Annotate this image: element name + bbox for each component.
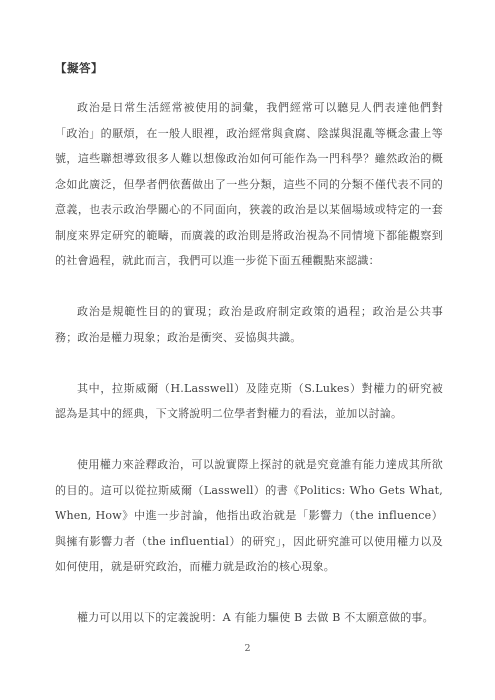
page-number: 2 [0,643,495,654]
document-page: 【擬答】 政治是日常生活經常被使用的詞彙，我們經常可以聽見人們表達他們對「政治」… [0,0,495,700]
answer-section-header: 【擬答】 [55,56,443,81]
paragraph-five-viewpoints: 政治是規範性目的的實現；政治是政府制定政策的過程；政治是公共事務；政治是權力現象… [55,299,443,350]
paragraph-power-definition: 權力可以用以下的定義說明：A 有能力驅使 B 去做 B 不太願意做的事。 [55,605,443,631]
document-content: 【擬答】 政治是日常生活經常被使用的詞彙，我們經常可以聽見人們表達他們對「政治」… [55,56,443,631]
paragraph-power-interpretation: 使用權力來詮釋政治，可以說實際上探討的就是究竟誰有能力達成其所欲的目的。這可以從… [55,452,443,580]
paragraph-lasswell-lukes: 其中，拉斯威爾（H.Lasswell）及陸克斯（S.Lukes）對權力的研究被認… [55,376,443,427]
paragraph-intro-politics-definition: 政治是日常生活經常被使用的詞彙，我們經常可以聽見人們表達他們對「政治」的厭煩，在… [55,95,443,274]
